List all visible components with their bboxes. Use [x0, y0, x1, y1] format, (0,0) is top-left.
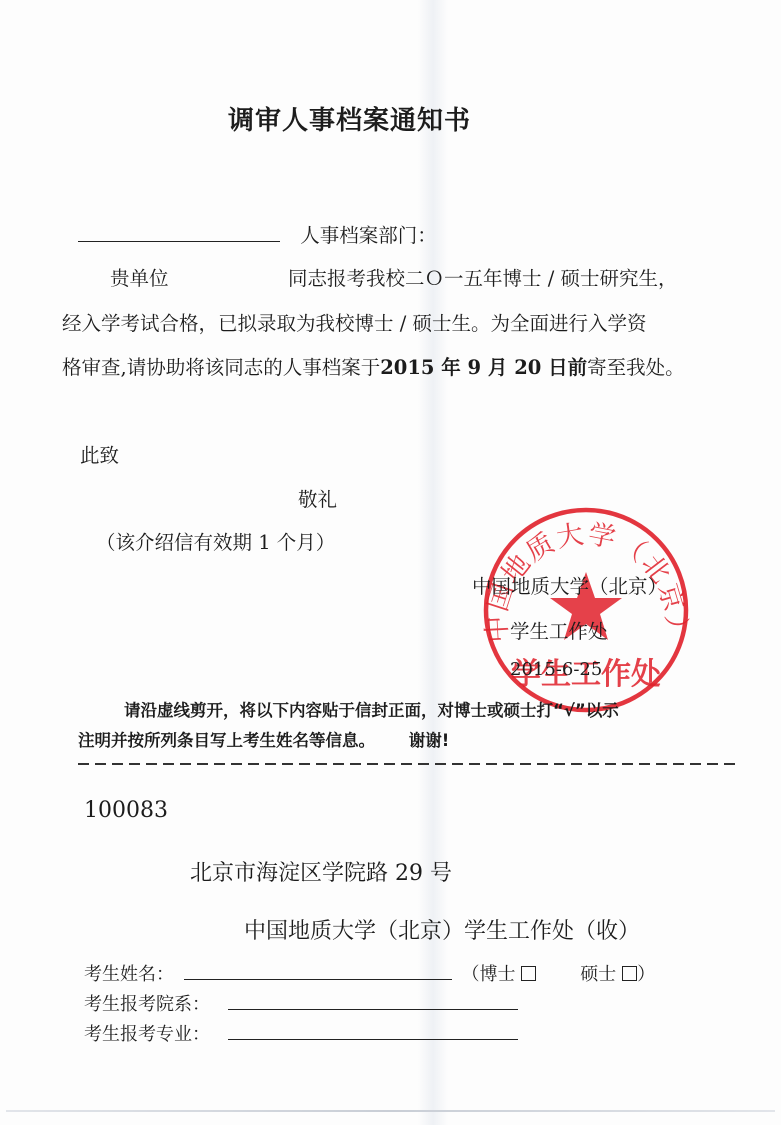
cut-dashed-line	[78, 763, 740, 765]
paragraph-line-3-prefix: 格审查,请协助将该同志的人事档案于	[62, 356, 380, 379]
major-input[interactable]	[228, 1025, 518, 1040]
paragraph-line-3-suffix: 寄至我处。	[587, 356, 685, 379]
phd-checkbox[interactable]	[521, 966, 536, 981]
cut-instruction-line-1: 请沿虚线剪开，将以下内容贴于信封正面，对博士或硕士打“√”以示	[124, 697, 619, 721]
cut-instruction-line-2: 注明并按所列条目写上考生姓名等信息。 谢谢!	[78, 727, 449, 751]
signature-organization: 中国地质大学（北京）	[472, 571, 667, 599]
cut-instruction-text: 注明并按所列条目写上考生姓名等信息。	[78, 731, 375, 750]
paragraph-line-1: 同志报考我校二Ｏ一五年博士 / 硕士研究生，	[288, 263, 677, 291]
department-input[interactable]	[228, 995, 518, 1010]
addressee-blank[interactable]	[78, 227, 280, 242]
addressee-label: 人事档案部门：	[300, 224, 437, 247]
department-label: 考生报考院系：	[84, 994, 210, 1015]
deadline-date: 2015 年 9 月 20 日前	[380, 356, 587, 379]
master-checkbox[interactable]	[622, 966, 637, 981]
name-label: 考生姓名：	[84, 964, 174, 985]
paper-bottom-edge	[6, 1110, 775, 1112]
paper-fold-shadow	[418, 0, 448, 1125]
recipient: 中国地质大学（北京）学生工作处（收）	[244, 914, 640, 945]
master-option-label: 硕士	[580, 964, 616, 985]
major-field-row: 考生报考专业：	[84, 1020, 518, 1046]
name-field-row: 考生姓名： （博士 硕士）	[84, 960, 655, 986]
closing-salutation: 此致	[80, 440, 119, 468]
document-title: 调审人事档案通知书	[228, 100, 471, 137]
department-field-row: 考生报考院系：	[84, 990, 518, 1016]
thanks-text: 谢谢!	[409, 731, 450, 750]
signature-department: 学生工作处	[510, 616, 608, 644]
validity-note: （该介绍信有效期 1 个月）	[96, 527, 335, 555]
paragraph-line-3: 格审查,请协助将该同志的人事档案于2015 年 9 月 20 日前寄至我处。	[62, 352, 685, 380]
mailing-address: 北京市海淀区学院路 29 号	[190, 856, 452, 887]
phd-option-label: （博士	[461, 964, 515, 985]
addressee-line: 人事档案部门：	[78, 220, 437, 248]
postcode: 100083	[84, 798, 168, 823]
official-seal-icon: 中国地质大学（北京） 学生工作处	[482, 506, 690, 714]
signature-date: 2015-6-25	[510, 659, 602, 680]
paragraph-line-2: 经入学考试合格，已拟录取为我校博士 / 硕士生。为全面进行入学资	[62, 308, 646, 336]
paragraph-line-1-prefix: 贵单位	[110, 263, 169, 291]
degree-close-paren: ）	[637, 964, 655, 985]
name-input[interactable]	[184, 965, 452, 980]
closing-regards: 敬礼	[298, 484, 337, 512]
major-label: 考生报考专业：	[84, 1024, 210, 1045]
